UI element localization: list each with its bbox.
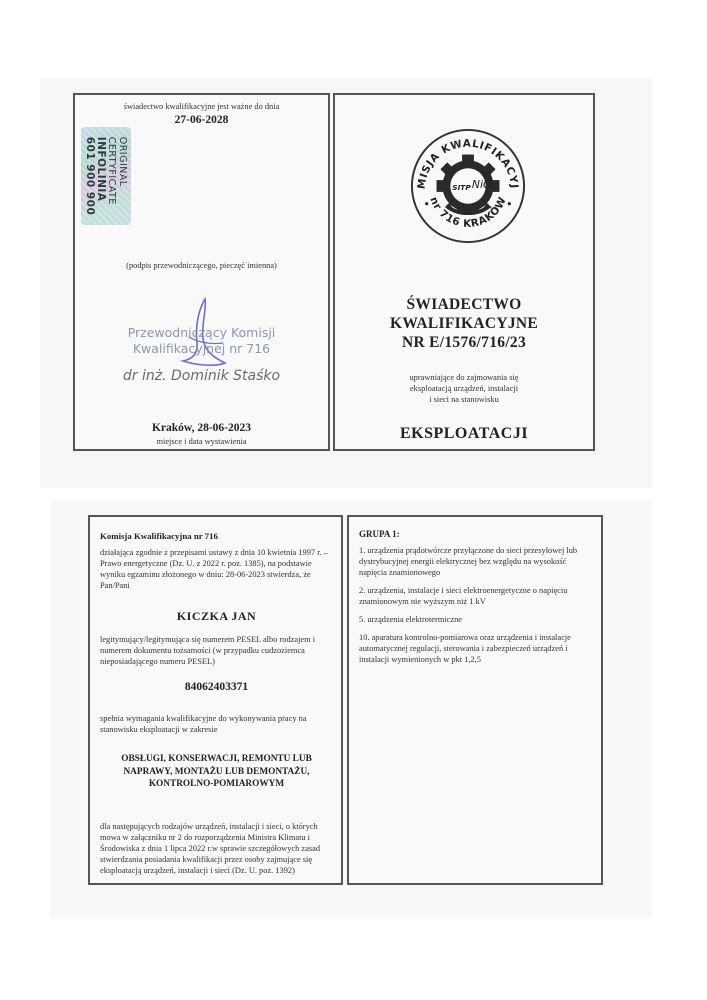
group-item: 5. urządzenia elektrotermiczne bbox=[359, 614, 591, 625]
certificate-title: ŚWIADECTWO KWALIFIKACYJNE NR E/1576/716/… bbox=[335, 295, 593, 352]
scope-of-work: OBSŁUGI, KONSERWACJI, REMONTU LUB NAPRAW… bbox=[100, 753, 333, 791]
certificate-title-line1: ŚWIADECTWO bbox=[335, 295, 593, 314]
legal-basis-text: działająca zgodnie z przepisami ustawy z… bbox=[100, 547, 333, 591]
validity-label: świadectwo kwalifikacyjne jest ważne do … bbox=[75, 101, 328, 112]
certificate-description-line3: i sieci na stanowisku bbox=[335, 394, 593, 405]
regulation-text: dla następujących rodzajów urządzeń, ins… bbox=[100, 821, 333, 876]
issue-place-date: Kraków, 28-06-2023 bbox=[75, 422, 328, 434]
certificate-description: uprawniające do zajmowania się eksploata… bbox=[335, 372, 593, 405]
issue-place-date-caption: miejsce i data wystawienia bbox=[75, 436, 328, 447]
stamp-name: dr inż. Dominik Staśko bbox=[75, 368, 328, 384]
hologram-line-infolinia: INFOLINIA bbox=[95, 137, 106, 216]
certificate-back-right-panel: GRUPA 1: 1. urządzenia prądotwórcze przy… bbox=[347, 515, 603, 885]
certificate-description-line2: eksploatacją urządzeń, instalacji bbox=[335, 383, 593, 394]
hologram-line-original: ORIGINAL bbox=[117, 137, 128, 216]
hologram-line-certificate: CERTYFICATE bbox=[106, 137, 117, 216]
group-heading: GRUPA 1: bbox=[359, 529, 593, 539]
stamp-title-line1: Przewodniczący Komisji bbox=[75, 325, 328, 340]
certificate-front-right-panel: KOMISJA KWALIFIKACYJNA nr 716 KRAKÓW SIT… bbox=[333, 93, 595, 451]
certificate-front-left-panel: świadectwo kwalifikacyjne jest ważne do … bbox=[73, 93, 330, 451]
certificate-title-line2: KWALIFIKACYJNE bbox=[335, 314, 593, 333]
identity-text: legitymujący/legitymująca się numerem PE… bbox=[100, 634, 333, 667]
svg-text:NiG: NiG bbox=[472, 178, 491, 191]
signature-caption: (podpis przewodniczącego, pieczęć imienn… bbox=[75, 260, 328, 271]
group-item: 2. urządzenia, instalacje i sieci elektr… bbox=[359, 585, 591, 607]
stamp-title-line2: Kwalifikacyjnej nr 716 bbox=[75, 341, 328, 356]
commission-name: Komisja Kwalifikacyjna nr 716 bbox=[100, 531, 333, 541]
hologram-sticker: ORIGINAL CERTYFICATE INFOLINIA 601 900 9… bbox=[81, 127, 131, 225]
requirements-text: spełnia wymagania kwalifikacyjne do wyko… bbox=[100, 713, 333, 735]
holder-pesel: 84062403371 bbox=[100, 681, 333, 693]
hologram-text: ORIGINAL CERTYFICATE INFOLINIA 601 900 9… bbox=[84, 137, 128, 216]
validity-date: 27-06-2028 bbox=[75, 114, 328, 126]
certificate-back-left-panel: Komisja Kwalifikacyjna nr 716 działająca… bbox=[88, 515, 343, 885]
holder-name: KICZKA JAN bbox=[100, 609, 333, 624]
commission-seal-icon: KOMISJA KWALIFIKACYJNA nr 716 KRAKÓW SIT… bbox=[409, 127, 527, 245]
hologram-line-phone: 601 900 900 bbox=[84, 137, 95, 216]
group-item: 1. urządzenia prądotwórcze przyłączone d… bbox=[359, 545, 591, 578]
group-item: 10. aparatura kontrolno-pomiarowa oraz u… bbox=[359, 632, 591, 665]
certificate-number: NR E/1576/716/23 bbox=[335, 333, 593, 352]
svg-text:SITP: SITP bbox=[452, 183, 471, 192]
certificate-description-line1: uprawniające do zajmowania się bbox=[335, 372, 593, 383]
certificate-role: EKSPLOATACJI bbox=[335, 425, 593, 443]
